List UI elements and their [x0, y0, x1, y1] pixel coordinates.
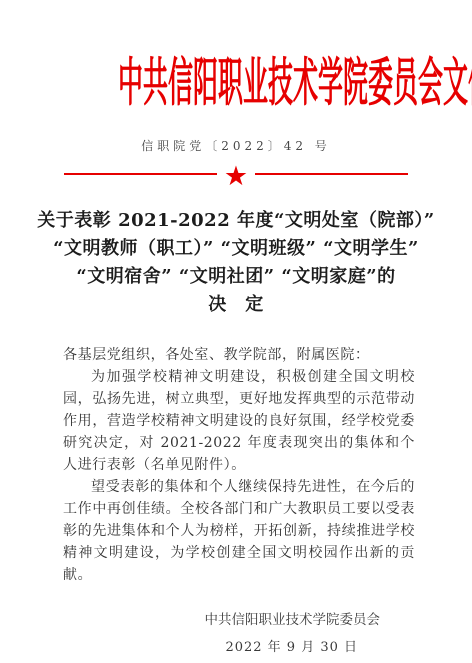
red-header-org-title: 中共信阳职业技术学院委员会文件	[118, 0, 354, 109]
title-line-2: “文明教师（职工）” “文明班级” “文明学生”	[0, 235, 472, 263]
signature-org: 中共信阳职业技术学院委员会	[0, 610, 472, 630]
divider-line-left	[64, 173, 217, 175]
document-number: 信职院党〔2022〕42 号	[0, 137, 472, 155]
divider-line-right	[255, 173, 408, 175]
signature-date: 2022 年 9 月 30 日	[0, 638, 472, 658]
title-line-1: 关于表彰 2021-2022 年度“文明处室（院部）”	[0, 207, 472, 235]
red-divider: ★	[64, 161, 408, 187]
body-paragraph-2: 望受表彰的集体和个人继续保持先进性，在今后的工作中再创佳绩。全校各部门和广大教职…	[63, 476, 415, 586]
salutation-line: 各基层党组织，各处室、教学院部，附属医院：	[63, 344, 415, 366]
body-paragraph-1: 为加强学校精神文明建设，积极创建全国文明校园，弘扬先进，树立典型，更好地发挥典型…	[63, 366, 415, 476]
star-icon: ★	[224, 163, 248, 190]
title-line-4: 决 定	[0, 291, 472, 319]
document-title: 关于表彰 2021-2022 年度“文明处室（院部）” “文明教师（职工）” “…	[0, 207, 472, 319]
official-document-page: 中共信阳职业技术学院委员会文件 信职院党〔2022〕42 号 ★ 关于表彰 20…	[0, 0, 472, 663]
title-line-3: “文明宿舍” “文明社团” “文明家庭”的	[0, 263, 472, 291]
document-body: 各基层党组织，各处室、教学院部，附属医院： 为加强学校精神文明建设，积极创建全国…	[63, 344, 415, 586]
